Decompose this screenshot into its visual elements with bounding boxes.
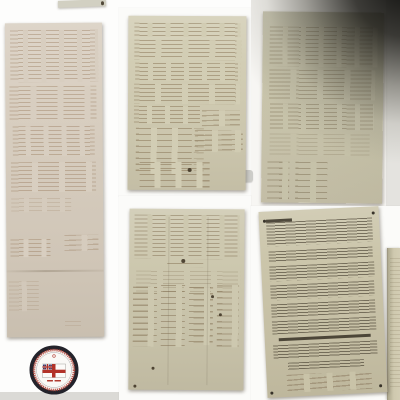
printed-paragraph [266, 218, 373, 247]
signature-column [189, 287, 213, 345]
paper-fragment-top [58, 0, 106, 8]
name-list-entries [140, 162, 210, 188]
document-sliver-right [387, 248, 400, 400]
signature-block [287, 371, 373, 393]
document-sheet-printed [259, 206, 388, 398]
united-tribes-flag [43, 364, 66, 378]
printed-paragraph [273, 340, 378, 359]
signature-column [161, 285, 185, 347]
handwriting-block [9, 86, 96, 121]
document-sheet-top-middle [128, 16, 247, 191]
ink-blot [152, 367, 155, 370]
printed-paragraph [270, 280, 375, 300]
bold-centered-line [279, 334, 371, 341]
corner-pin [379, 384, 382, 387]
corner-pin [372, 211, 375, 214]
signature-block [64, 235, 98, 251]
handwriting-block [269, 133, 369, 156]
signature-block [195, 130, 243, 152]
handwriting-block [269, 26, 377, 67]
handwriting-block [269, 69, 375, 100]
signature-column [217, 285, 239, 347]
mount-edge-strip-right [386, 0, 400, 206]
handwriting-block [135, 63, 240, 82]
seal-graphic [28, 345, 80, 395]
faint-mark [65, 321, 81, 326]
seal-emblem [28, 345, 80, 395]
handwriting-block [134, 40, 241, 61]
photo-tile-top-right [251, 0, 400, 206]
document-sheet-bottom-middle [128, 209, 244, 391]
centered-line [167, 263, 203, 267]
seal-caption-dash [47, 380, 53, 382]
signature-column [295, 162, 327, 202]
handwriting-block [10, 30, 98, 83]
ink-mark [101, 1, 104, 5]
printed-paragraph [269, 261, 375, 281]
signature-block [202, 110, 240, 126]
document-sheet-top-right [261, 11, 384, 203]
handwriting-block [11, 198, 71, 212]
document-sheet-manuscript-left [5, 23, 104, 338]
signature-column [267, 161, 289, 199]
handwriting-block [134, 215, 239, 260]
printed-paragraph [271, 299, 376, 317]
printed-paragraph [268, 247, 372, 263]
handwriting-block [134, 23, 240, 38]
seal-caption-dash [55, 380, 62, 382]
ink-blot [219, 313, 222, 316]
handwriting-block [13, 126, 95, 157]
handwriting-block [11, 162, 96, 193]
crease-line [7, 270, 104, 273]
printed-paragraph [272, 316, 377, 334]
ink-blot [133, 385, 136, 388]
centered-imprint-line [288, 359, 364, 370]
signature-column [133, 287, 157, 347]
handwriting-block [390, 258, 400, 388]
handwriting-block [134, 84, 240, 105]
signature-block [10, 239, 50, 257]
handwriting-block [270, 103, 374, 130]
handwriting-block [9, 281, 39, 311]
ink-blot [181, 259, 185, 263]
corner-pin [270, 392, 273, 395]
ink-blot [188, 168, 192, 172]
ink-blot [211, 295, 214, 298]
handwriting-block [134, 106, 200, 124]
document-collage [0, 0, 400, 400]
